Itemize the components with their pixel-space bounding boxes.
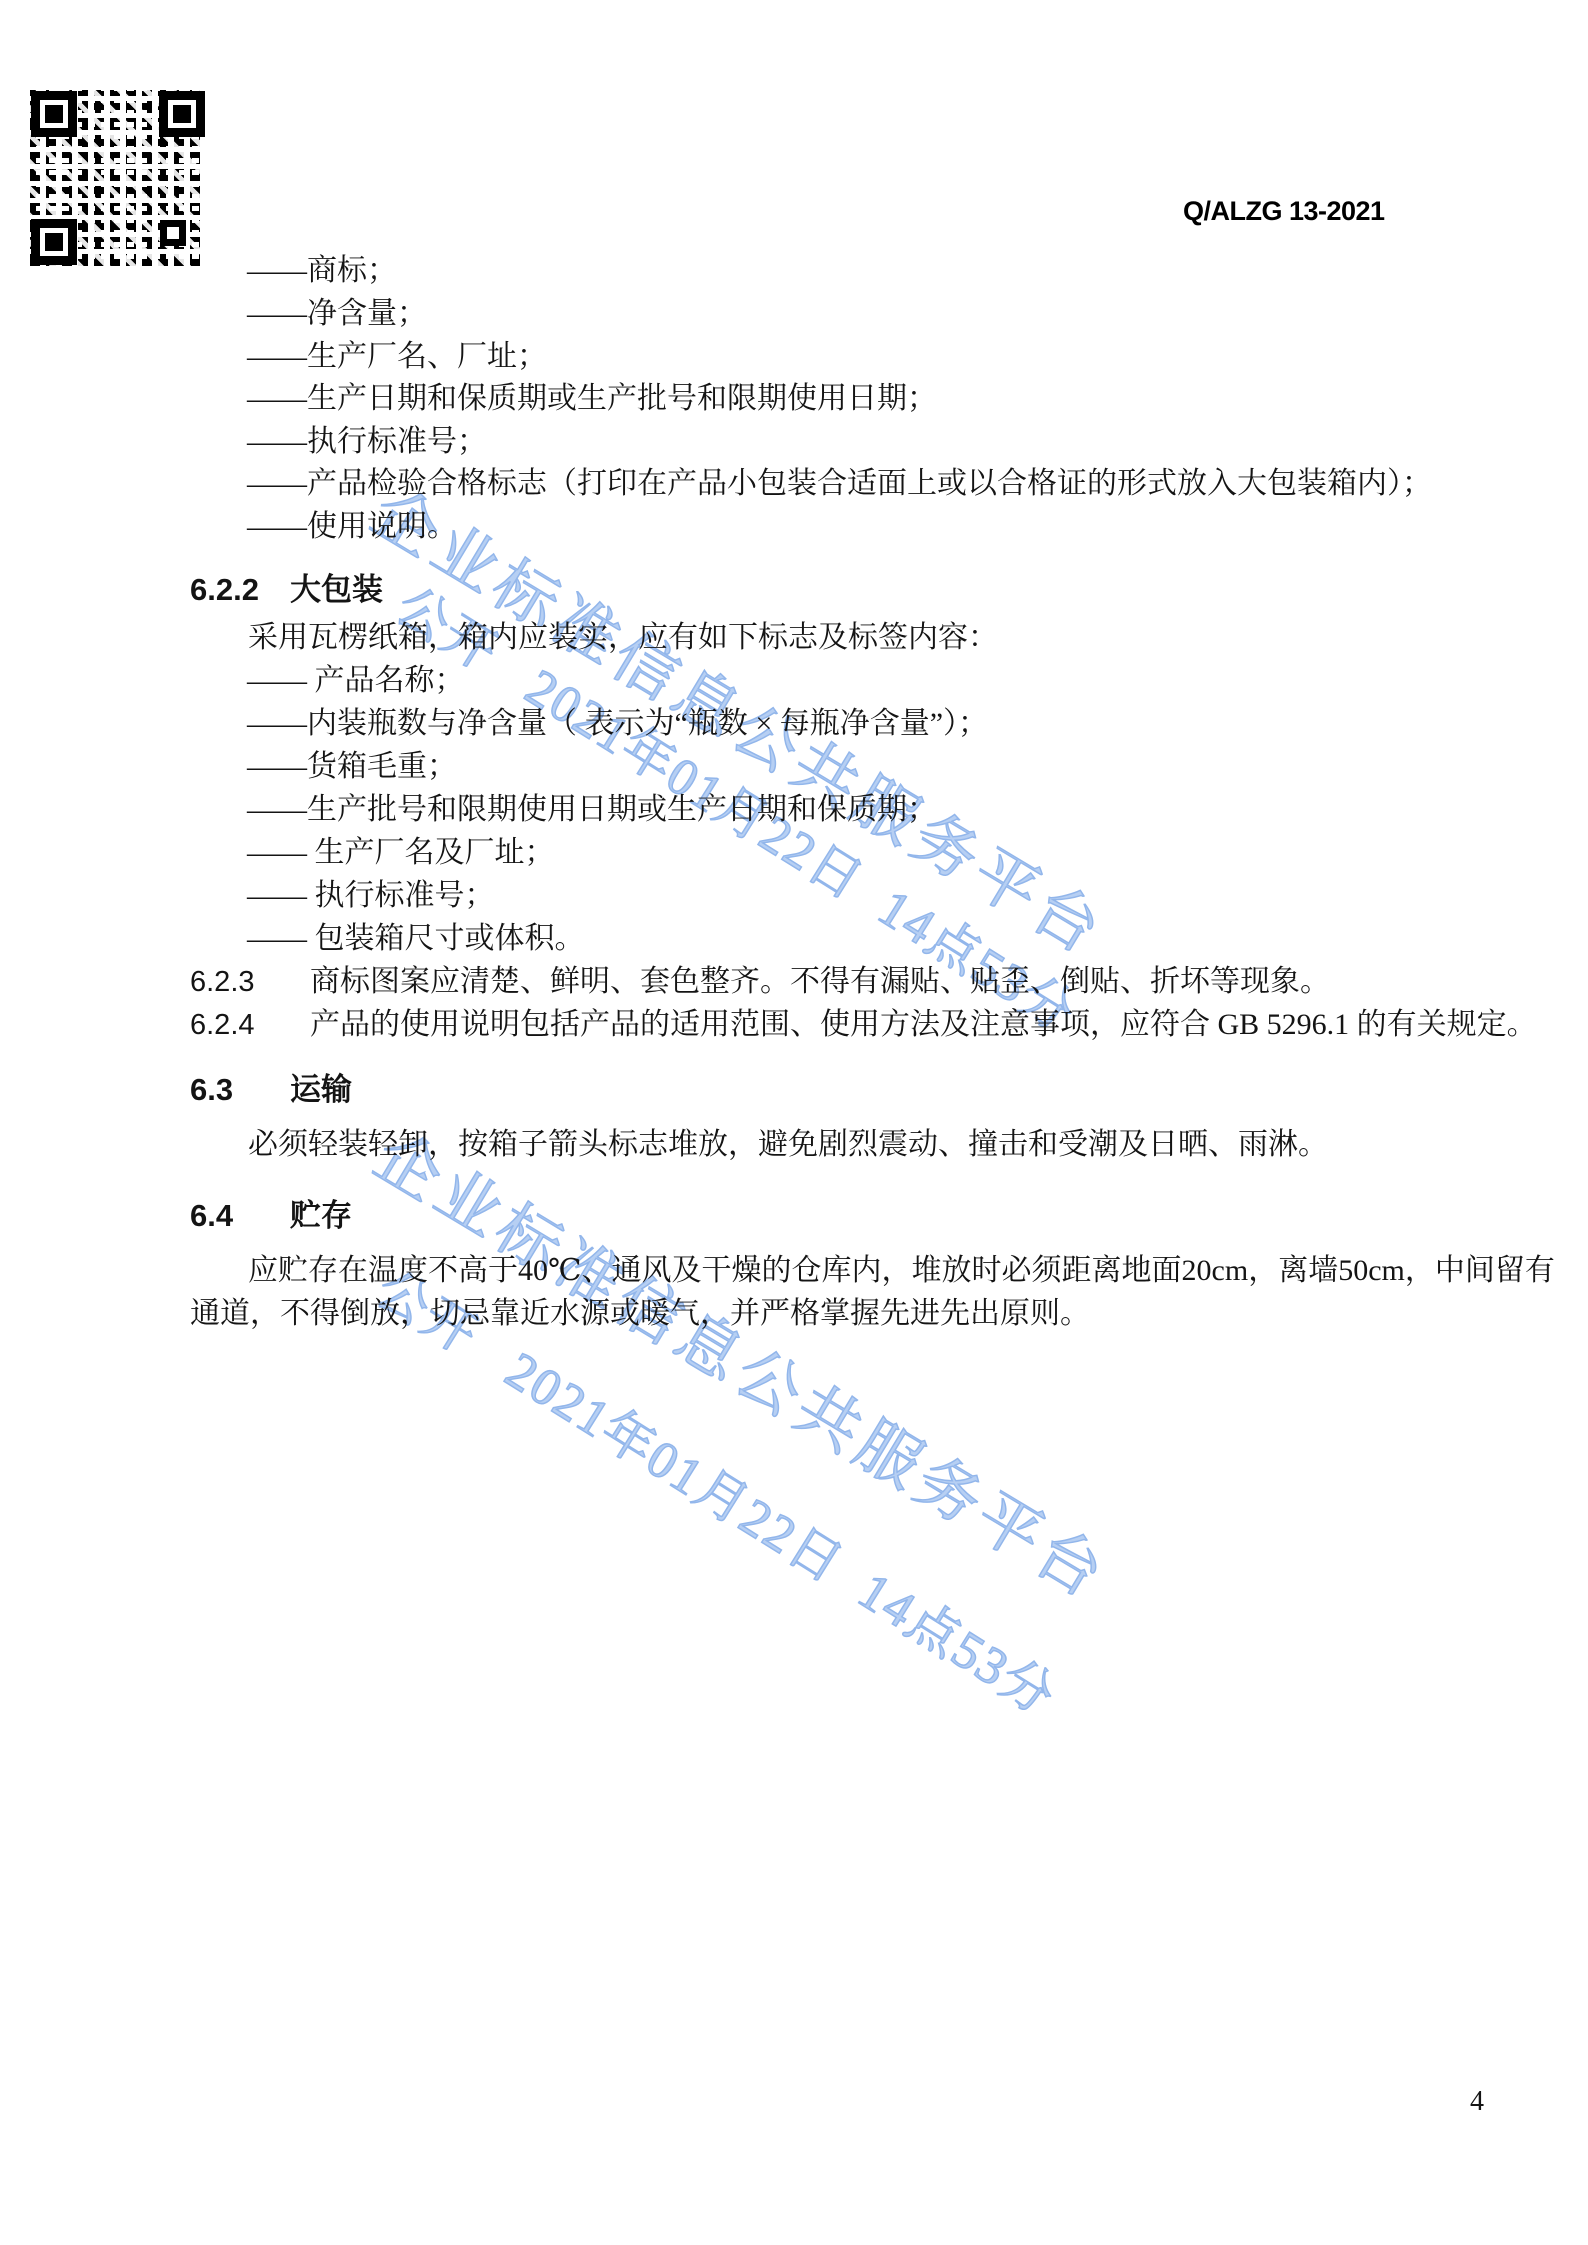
section-number: 6.3: [190, 1072, 290, 1108]
list-item-product-name: —— 产品名称；: [247, 663, 465, 699]
qr-finder-bottom-left: [31, 219, 77, 265]
list-item-trademark: ——商标；: [247, 253, 397, 289]
list-item-net-content: ——净含量；: [247, 296, 427, 332]
document-page: 企业标准信息公共服务平台 公开 2021年01月22日 14点53分 企业标准信…: [0, 0, 1588, 2245]
section-title: 贮存: [290, 1198, 352, 1233]
list-item-inspection-mark: ——产品检验合格标志（打印在产品小包装合适面上或以合格证的形式放入大包装箱内）；: [247, 466, 1432, 502]
clause-number: 6.2.4: [190, 1007, 310, 1043]
list-item-standard-number: ——执行标准号；: [247, 424, 487, 460]
qr-alignment-mark: [160, 220, 186, 246]
section-number: 6.2.2: [190, 572, 290, 608]
clause-number: 6.2.3: [190, 964, 310, 1000]
list-item-batch-number: ——生产批号和限期使用日期或生产日期和保质期；: [247, 792, 937, 828]
qr-finder-top-left: [31, 91, 77, 137]
section-title: 大包装: [290, 572, 383, 607]
qr-code: [28, 88, 208, 268]
paragraph-storage-line2: 通道，不得倒放，切忌靠近水源或暖气，并严格掌握先进先出原则。: [190, 1296, 1090, 1332]
clause-text: 商标图案应清楚、鲜明、套色整齐。不得有漏贴、贴歪、倒贴、折坏等现象。: [310, 965, 1330, 998]
section-heading-6-3: 6.3运输: [190, 1064, 352, 1109]
list-item-factory-address: —— 生产厂名及厂址；: [247, 835, 555, 871]
qr-finder-top-right: [159, 91, 205, 137]
section-heading-6-2-2: 6.2.2大包装: [190, 564, 383, 609]
paragraph-storage-line1: 应贮存在温度不高于40℃、通风及干燥的仓库内，堆放时必须距离地面20cm，离墙5…: [248, 1253, 1555, 1289]
section-number: 6.4: [190, 1198, 290, 1234]
section-heading-6-4: 6.4贮存: [190, 1190, 352, 1235]
clause-text: 产品的使用说明包括产品的适用范围、使用方法及注意事项，应符合 GB 5296.1…: [310, 1008, 1537, 1041]
paragraph-carton-intro: 采用瓦楞纸箱，箱内应装实，应有如下标志及标签内容：: [248, 620, 998, 656]
doc-number: Q/ALZG 13-2021: [1183, 196, 1385, 227]
list-item-production-date: ——生产日期和保质期或生产批号和限期使用日期；: [247, 381, 937, 417]
paragraph-transport: 必须轻装轻卸，按箱子箭头标志堆放，避免剧烈震动、撞击和受潮及日晒、雨淋。: [248, 1127, 1328, 1163]
page-number: 4: [1470, 2086, 1484, 2118]
clause-6-2-3: 6.2.3商标图案应清楚、鲜明、套色整齐。不得有漏贴、贴歪、倒贴、折坏等现象。: [190, 964, 1330, 1000]
list-item-manufacturer: ——生产厂名、厂址；: [247, 339, 547, 375]
list-item-bottle-count: ——内装瓶数与净含量（ 表示为“瓶数 × 每瓶净含量”）；: [247, 706, 988, 742]
clause-6-2-4: 6.2.4产品的使用说明包括产品的适用范围、使用方法及注意事项，应符合 GB 5…: [190, 1007, 1537, 1043]
list-item-instructions: ——使用说明。: [247, 509, 457, 545]
list-item-carton-size: —— 包装箱尺寸或体积。: [247, 921, 585, 957]
list-item-gross-weight: ——货箱毛重；: [247, 749, 457, 785]
section-title: 运输: [290, 1072, 352, 1107]
list-item-exec-standard: —— 执行标准号；: [247, 878, 495, 914]
